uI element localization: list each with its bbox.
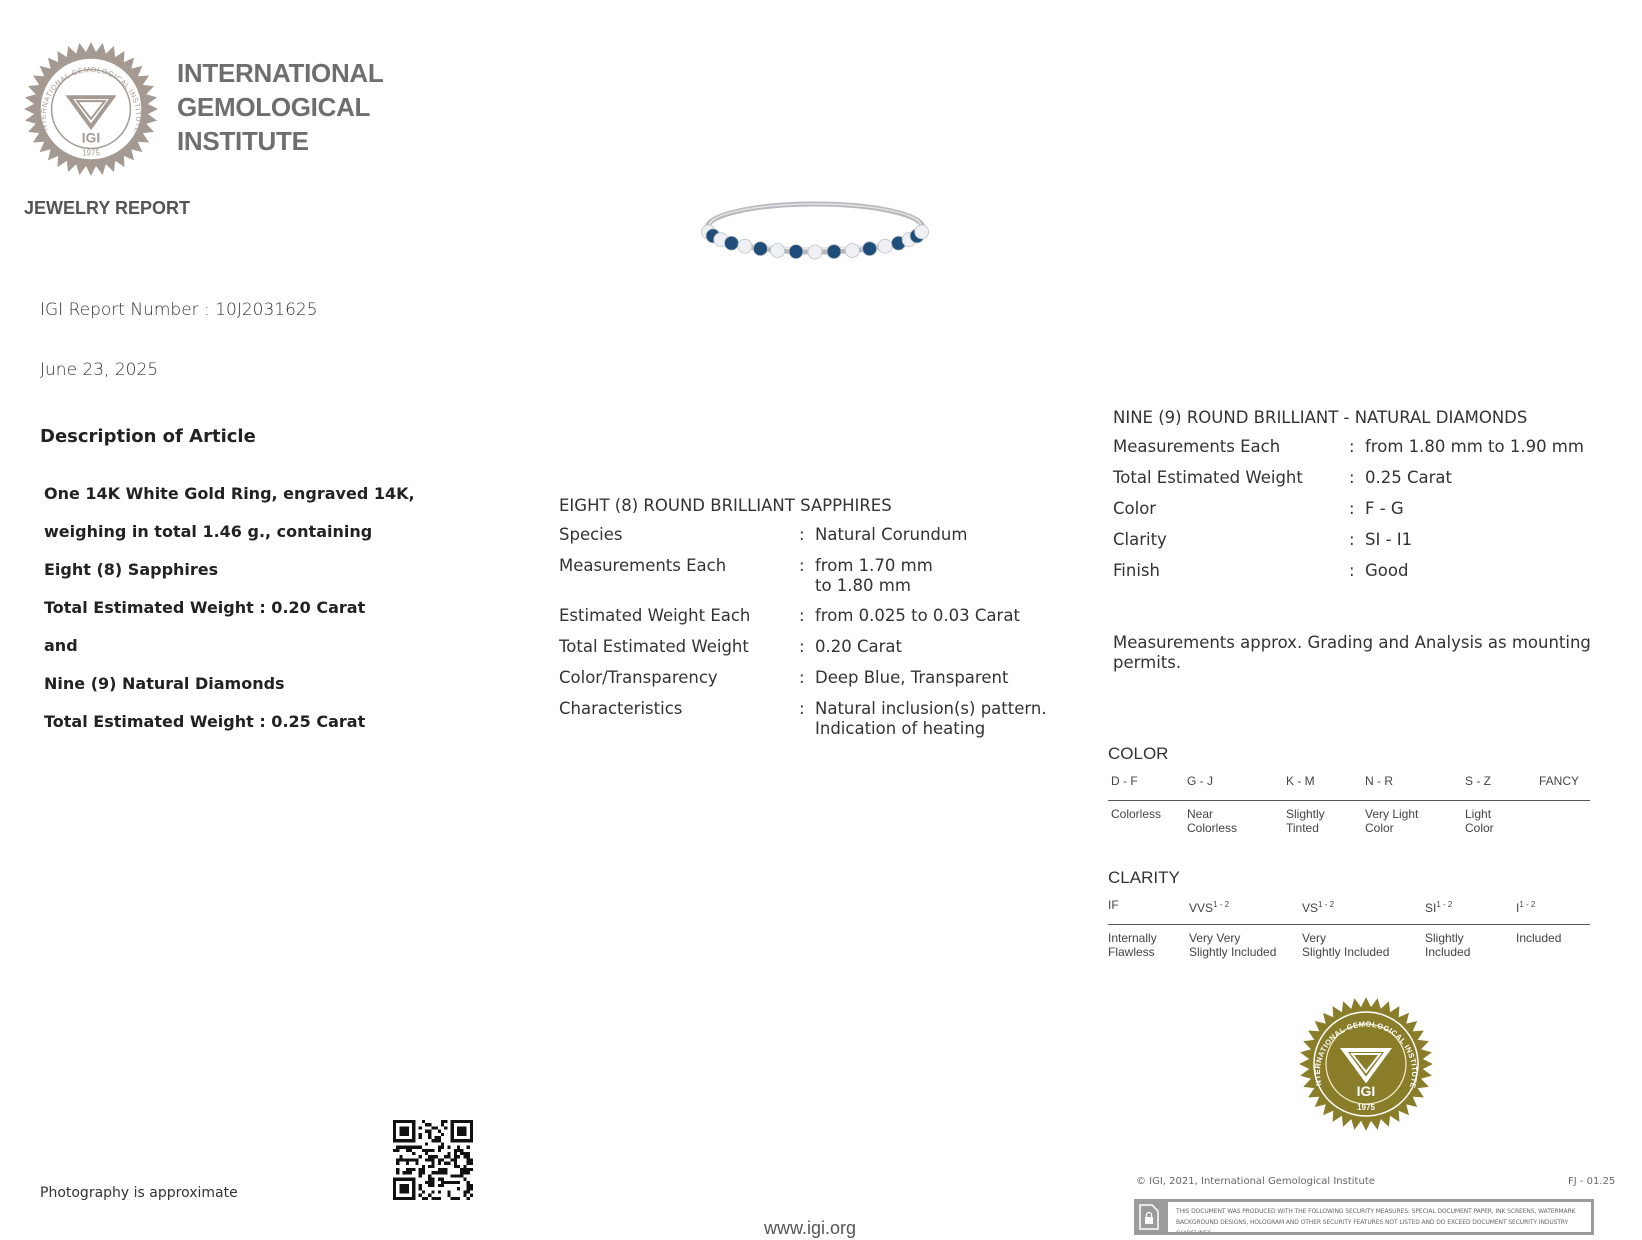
report-date: June 23, 2025 bbox=[40, 360, 158, 380]
detail-row: Color:F - G bbox=[1113, 499, 1625, 530]
detail-row: Total Estimated Weight:0.20 Carat bbox=[559, 637, 1075, 668]
detail-value-line: Natural inclusion(s) pattern. bbox=[815, 699, 1075, 719]
detail-value-line: to 1.80 mm bbox=[815, 576, 1075, 596]
detail-separator: : bbox=[1349, 468, 1365, 499]
detail-separator: : bbox=[799, 637, 815, 668]
description-line: Nine (9) Natural Diamonds bbox=[44, 674, 415, 712]
scale-grade-label: Internally Flawless bbox=[1108, 931, 1157, 959]
scale-grade: IF bbox=[1108, 898, 1119, 912]
color-scale-divider bbox=[1108, 800, 1590, 801]
scale-grade: FANCY bbox=[1539, 774, 1579, 788]
detail-value-line: from 1.80 mm to 1.90 mm bbox=[1365, 437, 1625, 457]
ring-photo bbox=[695, 188, 935, 278]
scale-grade-label: Very Slightly Included bbox=[1302, 931, 1389, 959]
scale-grade: K - M bbox=[1286, 774, 1315, 788]
description-line: and bbox=[44, 636, 415, 674]
scale-grade: VS1 - 2 bbox=[1302, 898, 1334, 915]
scale-grade: D - F bbox=[1111, 774, 1138, 788]
detail-value-line: Indication of heating bbox=[815, 719, 1075, 739]
detail-value-line: SI - I1 bbox=[1365, 530, 1625, 550]
description-line: Total Estimated Weight : 0.25 Carat bbox=[44, 712, 415, 750]
detail-value: SI - I1 bbox=[1365, 530, 1625, 561]
svg-text:1975: 1975 bbox=[82, 148, 100, 157]
scale-grade-label: Colorless bbox=[1111, 807, 1161, 821]
detail-separator: : bbox=[799, 606, 815, 637]
scale-grade: S - Z bbox=[1465, 774, 1491, 788]
detail-label: Total Estimated Weight bbox=[559, 637, 799, 668]
igi-gold-seal: IGI 1975 INTERNATIONAL GEMOLOGICAL INSTI… bbox=[1296, 994, 1436, 1134]
grade-range: 1 - 2 bbox=[1519, 900, 1535, 909]
detail-row: Color/Transparency:Deep Blue, Transparen… bbox=[559, 668, 1075, 699]
detail-separator: : bbox=[1349, 530, 1365, 561]
scale-grade: VVS1 - 2 bbox=[1189, 898, 1229, 915]
detail-value: from 1.80 mm to 1.90 mm bbox=[1365, 437, 1625, 468]
scale-grade-label: Included bbox=[1516, 931, 1561, 945]
grade-range: 1 - 2 bbox=[1213, 900, 1229, 909]
grade-code: SI bbox=[1425, 901, 1436, 915]
org-line-3: INSTITUTE bbox=[177, 124, 384, 158]
grade-range: 1 - 2 bbox=[1318, 900, 1334, 909]
organization-name: INTERNATIONAL GEMOLOGICAL INSTITUTE bbox=[177, 56, 384, 158]
color-scale: COLOR D - FG - JK - MN - RS - ZFANCY Col… bbox=[1108, 744, 1590, 829]
website-link[interactable]: www.igi.org bbox=[764, 1218, 856, 1239]
detail-value-line: from 0.025 to 0.03 Carat bbox=[815, 606, 1075, 626]
detail-row: Measurements Each:from 1.70 mmto 1.80 mm bbox=[559, 556, 1075, 606]
detail-value: 0.20 Carat bbox=[815, 637, 1075, 668]
svg-text:IGI: IGI bbox=[1357, 1083, 1376, 1099]
sapphire-details: EIGHT (8) ROUND BRILLIANT SAPPHIRES Spec… bbox=[559, 496, 1075, 749]
grade-code: VVS bbox=[1189, 901, 1213, 915]
detail-row: Finish:Good bbox=[1113, 561, 1625, 592]
grade-range: 1 - 2 bbox=[1436, 900, 1452, 909]
detail-value-line: Good bbox=[1365, 561, 1625, 581]
form-code: FJ - 01.25 bbox=[1568, 1176, 1615, 1187]
scale-grade: N - R bbox=[1365, 774, 1393, 788]
org-line-2: GEMOLOGICAL bbox=[177, 90, 384, 124]
detail-label: Species bbox=[559, 525, 799, 556]
description-lines: One 14K White Gold Ring, engraved 14K, w… bbox=[44, 484, 415, 750]
detail-separator: : bbox=[799, 668, 815, 699]
grade-code: IF bbox=[1108, 898, 1119, 912]
report-type: JEWELRY REPORT bbox=[24, 198, 190, 219]
detail-label: Measurements Each bbox=[1113, 437, 1349, 468]
grading-note: Measurements approx. Grading and Analysi… bbox=[1113, 633, 1613, 673]
detail-label: Color bbox=[1113, 499, 1349, 530]
detail-value-line: F - G bbox=[1365, 499, 1625, 519]
scale-grade-label: Very Very Slightly Included bbox=[1189, 931, 1276, 959]
diamond-section-title: NINE (9) ROUND BRILLIANT - NATURAL DIAMO… bbox=[1113, 408, 1625, 427]
document-lock-icon bbox=[1134, 1199, 1164, 1235]
detail-value-line: 0.20 Carat bbox=[815, 637, 1075, 657]
detail-value-line: Natural Corundum bbox=[815, 525, 1075, 545]
detail-label: Color/Transparency bbox=[559, 668, 799, 699]
detail-separator: : bbox=[1349, 561, 1365, 592]
report-number-label: IGI Report Number : bbox=[40, 300, 210, 320]
detail-value: Deep Blue, Transparent bbox=[815, 668, 1075, 699]
detail-separator: : bbox=[799, 525, 815, 556]
detail-value: from 1.70 mmto 1.80 mm bbox=[815, 556, 1075, 606]
svg-text:1975: 1975 bbox=[1357, 1103, 1375, 1112]
security-banner: THIS DOCUMENT WAS PRODUCED WITH THE FOLL… bbox=[1134, 1199, 1594, 1235]
detail-value-line: from 1.70 mm bbox=[815, 556, 1075, 576]
detail-row: Characteristics:Natural inclusion(s) pat… bbox=[559, 699, 1075, 749]
scale-grade-label: Slightly Included bbox=[1425, 931, 1470, 959]
detail-label: Clarity bbox=[1113, 530, 1349, 561]
detail-label: Finish bbox=[1113, 561, 1349, 592]
detail-label: Measurements Each bbox=[559, 556, 799, 606]
sapphire-section-title: EIGHT (8) ROUND BRILLIANT SAPPHIRES bbox=[559, 496, 1075, 515]
description-line: Eight (8) Sapphires bbox=[44, 560, 415, 598]
grade-code: G - J bbox=[1187, 774, 1213, 788]
security-text: THIS DOCUMENT WAS PRODUCED WITH THE FOLL… bbox=[1168, 1202, 1591, 1232]
report-number: IGI Report Number : 10J2031625 bbox=[40, 300, 318, 320]
description-title: Description of Article bbox=[40, 426, 256, 447]
detail-label: Estimated Weight Each bbox=[559, 606, 799, 637]
detail-value: 0.25 Carat bbox=[1365, 468, 1625, 499]
detail-row: Total Estimated Weight:0.25 Carat bbox=[1113, 468, 1625, 499]
grade-code: FANCY bbox=[1539, 774, 1579, 788]
scale-grade: SI1 - 2 bbox=[1425, 898, 1452, 915]
detail-separator: : bbox=[799, 699, 815, 749]
detail-value: Good bbox=[1365, 561, 1625, 592]
qr-code[interactable] bbox=[393, 1120, 473, 1200]
clarity-scale-divider bbox=[1108, 924, 1590, 925]
grade-code: VS bbox=[1302, 901, 1318, 915]
grade-code: S - Z bbox=[1465, 774, 1491, 788]
detail-separator: : bbox=[1349, 499, 1365, 530]
detail-value: from 0.025 to 0.03 Carat bbox=[815, 606, 1075, 637]
detail-label: Characteristics bbox=[559, 699, 799, 749]
photography-note: Photography is approximate bbox=[40, 1185, 238, 1201]
diamond-details: NINE (9) ROUND BRILLIANT - NATURAL DIAMO… bbox=[1113, 408, 1625, 592]
scale-grade-label: Light Color bbox=[1465, 807, 1494, 835]
color-scale-title: COLOR bbox=[1108, 744, 1590, 764]
detail-row: Estimated Weight Each:from 0.025 to 0.03… bbox=[559, 606, 1075, 637]
detail-separator: : bbox=[1349, 437, 1365, 468]
detail-value: Natural inclusion(s) pattern.Indication … bbox=[815, 699, 1075, 749]
detail-value: Natural Corundum bbox=[815, 525, 1075, 556]
detail-value-line: 0.25 Carat bbox=[1365, 468, 1625, 488]
report-number-value: 10J2031625 bbox=[215, 300, 317, 320]
detail-separator: : bbox=[799, 556, 815, 606]
description-line: One 14K White Gold Ring, engraved 14K, bbox=[44, 484, 415, 522]
detail-row: Measurements Each:from 1.80 mm to 1.90 m… bbox=[1113, 437, 1625, 468]
description-line: Total Estimated Weight : 0.20 Carat bbox=[44, 598, 415, 636]
scale-grade-label: Slightly Tinted bbox=[1286, 807, 1325, 835]
clarity-scale-title: CLARITY bbox=[1108, 868, 1590, 888]
grade-code: K - M bbox=[1286, 774, 1315, 788]
copyright-notice: © IGI, 2021, International Gemological I… bbox=[1136, 1176, 1375, 1187]
scale-grade: G - J bbox=[1187, 774, 1213, 788]
detail-value: F - G bbox=[1365, 499, 1625, 530]
detail-label: Total Estimated Weight bbox=[1113, 468, 1349, 499]
svg-text:IGI: IGI bbox=[82, 131, 100, 146]
detail-row: Species:Natural Corundum bbox=[559, 525, 1075, 556]
igi-seal-logo: IGI 1975 INTERNATIONAL GEMOLOGICAL INSTI… bbox=[22, 40, 160, 178]
scale-grade-label: Very Light Color bbox=[1365, 807, 1418, 835]
clarity-scale: CLARITY IFVVS1 - 2VS1 - 2SI1 - 2I1 - 2 I… bbox=[1108, 868, 1590, 953]
scale-grade-label: Near Colorless bbox=[1187, 807, 1237, 835]
detail-row: Clarity:SI - I1 bbox=[1113, 530, 1625, 561]
grade-code: D - F bbox=[1111, 774, 1138, 788]
scale-grade: I1 - 2 bbox=[1516, 898, 1535, 915]
org-line-1: INTERNATIONAL bbox=[177, 56, 384, 90]
detail-value-line: Deep Blue, Transparent bbox=[815, 668, 1075, 688]
grade-code: N - R bbox=[1365, 774, 1393, 788]
description-line: weighing in total 1.46 g., containing bbox=[44, 522, 415, 560]
